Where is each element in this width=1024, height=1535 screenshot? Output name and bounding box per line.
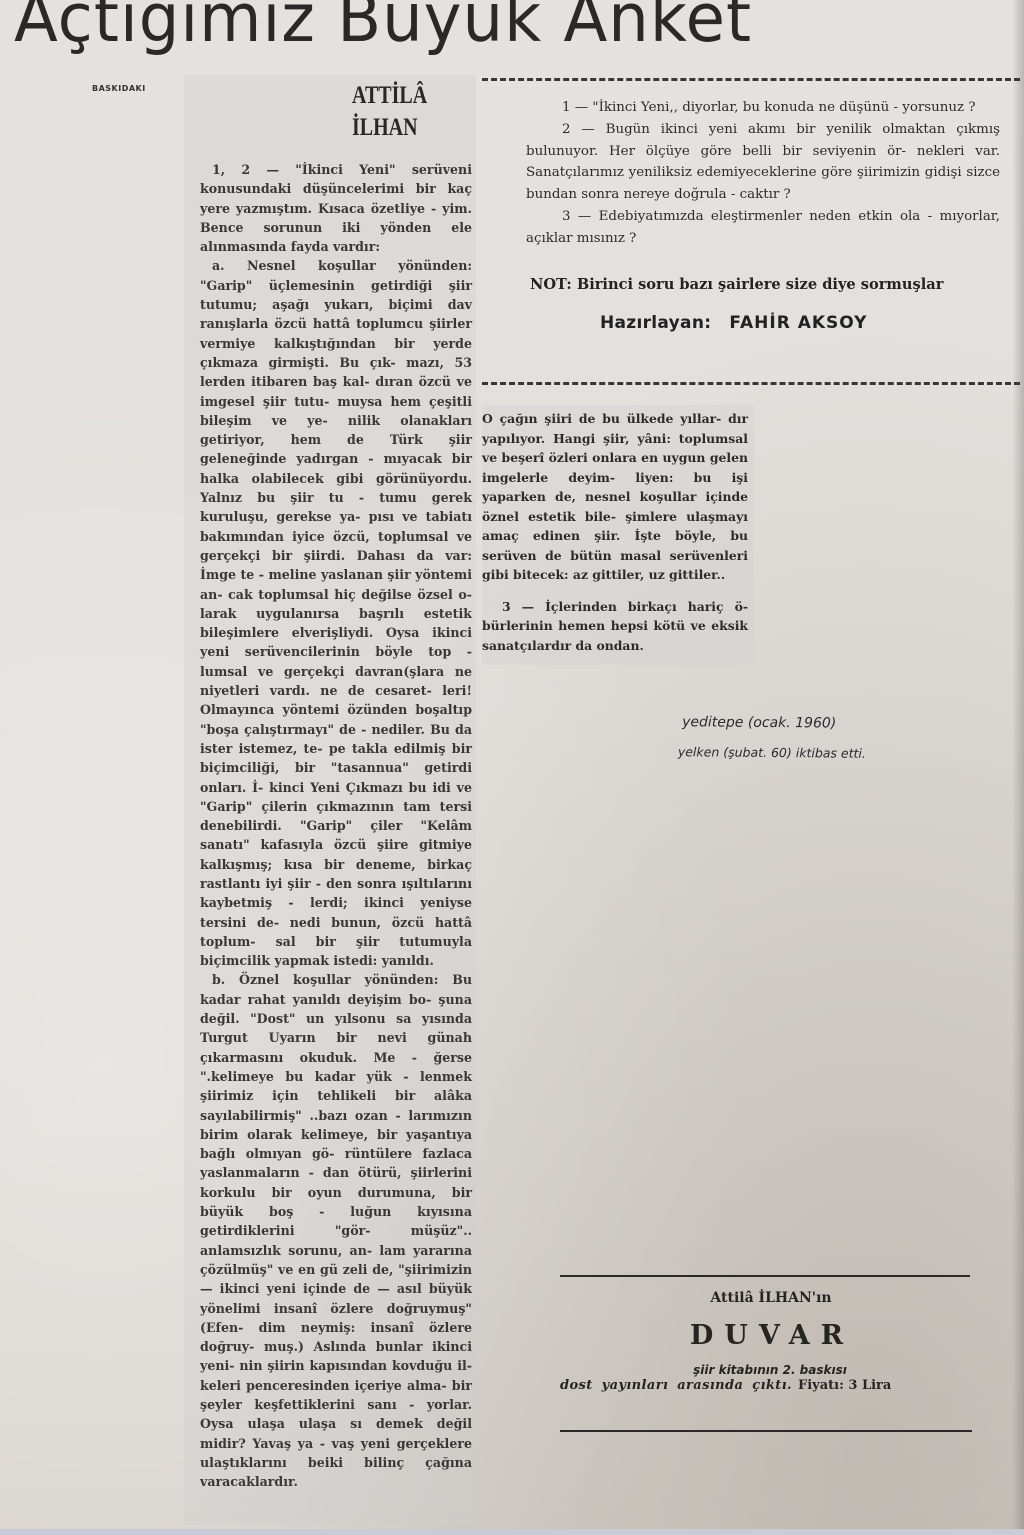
prepared-by: Hazırlayan:FAHİR AKSOY <box>600 313 867 333</box>
handwritten-line: yelken (şubat. 60) iktibas etti. <box>678 737 866 769</box>
survey-question: 1 — "İkinci Yeni,, diyorlar, bu konuda n… <box>526 97 1000 119</box>
survey-question: 3 — Edebiyatımızda eleştirmenler neden e… <box>526 206 1000 250</box>
ad-rule-top <box>560 1275 970 1277</box>
handwritten-line: yeditepe (ocak. 1960) <box>682 707 866 739</box>
ad-publisher-line: dost yayınları arasında çıktı.Fiyatı: 3 … <box>560 1378 970 1393</box>
continuation-paragraph: O çağın şiiri de bu ülkede yıllar- dır y… <box>482 409 748 585</box>
ad-rule-bottom <box>560 1430 972 1432</box>
article-paragraph: a. Nesnel koşullar yönünden: "Garip" üçl… <box>200 256 472 970</box>
ad-book-title: DUVAR <box>574 1320 970 1351</box>
article-author: ATTİLÂ İLHAN <box>352 80 440 144</box>
article-paragraph: b. Öznel koşullar yönünden: Bu kadar rah… <box>200 970 472 1491</box>
ad-publisher: dost yayınları arasında çıktı. <box>560 1378 792 1393</box>
dashed-divider-top <box>482 78 1020 81</box>
headline: Açtığımız Büyük Anket <box>14 0 752 58</box>
article-paragraph: 1, 2 — "İkinci Yeni" serüveni konusundak… <box>200 160 472 256</box>
author-last-name: İLHAN <box>352 112 440 144</box>
article-body: 1, 2 — "İkinci Yeni" serüveni konusundak… <box>200 160 472 1491</box>
handwritten-note: yeditepe (ocak. 1960) yelken (şubat. 60)… <box>682 707 867 769</box>
paper-bottom-edge <box>0 1529 1024 1535</box>
survey-note: NOT: Birinci soru bazı şairlere size diy… <box>530 276 1000 293</box>
ad-price: Fiyatı: 3 Lira <box>798 1378 891 1393</box>
ad-subtitle: şiir kitabının 2. baskısı <box>570 1363 970 1377</box>
paper-edge-shadow <box>1012 0 1024 1535</box>
dashed-divider-bottom <box>482 382 1020 385</box>
survey-question: 2 — Bugün ikinci yeni akımı bir yenilik … <box>526 119 1000 206</box>
article-continuation: O çağın şiiri de bu ülkede yıllar- dır y… <box>482 405 754 665</box>
continuation-answer-3: 3 — İçlerinden birkaçı hariç ö- bürlerin… <box>482 597 748 656</box>
author-first-name: ATTİLÂ <box>352 80 440 112</box>
book-advertisement: Attilâ İLHAN'ın DUVAR şiir kitabının 2. … <box>560 1290 970 1393</box>
prepared-by-label: Hazırlayan: <box>600 313 711 333</box>
section-label: BASKIDAKI <box>92 84 146 93</box>
ad-author: Attilâ İLHAN'ın <box>572 1290 970 1306</box>
prepared-by-name: FAHİR AKSOY <box>729 313 867 333</box>
survey-questions: 1 — "İkinci Yeni,, diyorlar, bu konuda n… <box>526 97 1000 250</box>
